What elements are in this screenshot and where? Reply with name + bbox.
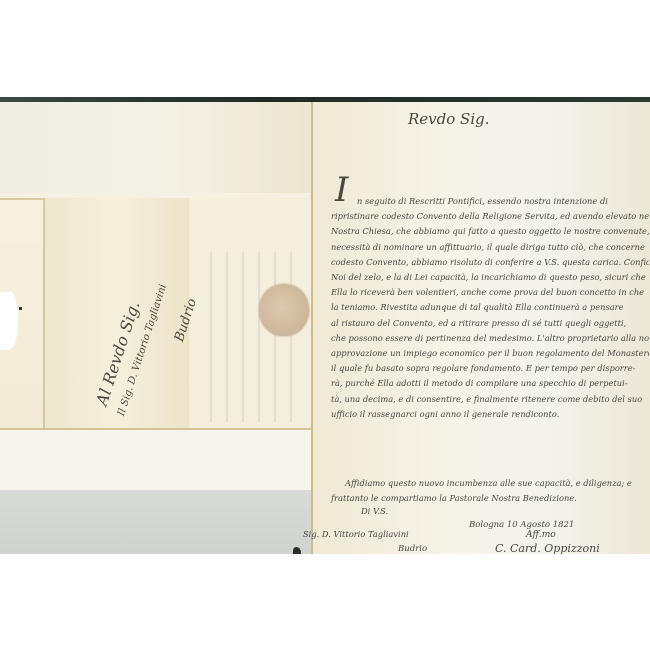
body-line: codesto Convento, abbiamo risoluto di co… — [331, 255, 649, 270]
show-through-text — [196, 252, 306, 422]
body-line: approvazione un impiego economico per il… — [331, 346, 649, 361]
abbreviation: Di V.S. — [361, 506, 388, 516]
closing-line: frattanto le compartiamo la Pastorale No… — [331, 491, 632, 506]
signature: C. Card. Oppizzoni — [495, 542, 600, 554]
wax-seal-icon — [259, 284, 309, 336]
body-line: il quale fu basato sopra regolare fondam… — [331, 361, 649, 376]
body-line: ripristinare codesto Convento della Reli… — [331, 209, 649, 224]
recipient-town: Budrio — [398, 544, 427, 554]
scan-shadow — [0, 490, 311, 554]
body-line: tà, una decima, e di consentire, e final… — [331, 392, 649, 407]
body-line: rà, purché Ella adotti il metodo di comp… — [331, 376, 649, 391]
address-panel — [43, 198, 191, 428]
letter-document: Al Revdo Sig. Il Sig. D. Vittorio Taglia… — [0, 97, 650, 554]
lower-flap — [0, 430, 311, 490]
place-date: Bologna 10 Agosto 1821 — [469, 520, 574, 530]
recipient-name: Sig. D. Vittorio Tagliavini — [303, 529, 409, 539]
body-line: Nostra Chiesa, che abbiamo qui fatto a q… — [331, 224, 649, 239]
body-line: Noi del zelo, e la di Lei capacità, la i… — [331, 270, 649, 285]
ink-stain — [293, 547, 301, 554]
letter-page: Revdo Sig. I n seguito di Rescritti Pont… — [313, 102, 650, 554]
upper-flap — [0, 102, 311, 193]
body-line: che possono essere di pertinenza del med… — [331, 331, 649, 346]
body-line: ufficio il rassegnarci ogni anno il gene… — [331, 407, 649, 422]
torn-edge — [0, 292, 18, 350]
compliment: Aff.mo — [526, 530, 556, 540]
closing: Affidiamo questo nuovo incumbenza alle s… — [331, 476, 632, 506]
salutation: Revdo Sig. — [408, 110, 490, 128]
body-line: la teniamo. Rivestita adunque di tal qua… — [331, 300, 649, 315]
body-line: Ella lo riceverà ben volentieri, anche c… — [331, 285, 649, 300]
letter-body: n seguito di Rescritti Pontifici, essend… — [331, 194, 649, 422]
body-line: necessità di nominare un affittuario, il… — [331, 240, 649, 255]
left-sheet-exterior: Al Revdo Sig. Il Sig. D. Vittorio Taglia… — [0, 102, 311, 554]
body-line: n seguito di Rescritti Pontifici, essend… — [331, 194, 649, 209]
body-line: al ristauro del Convento, ed a ritirare … — [331, 316, 649, 331]
closing-line: Affidiamo questo nuovo incumbenza alle s… — [331, 476, 632, 491]
ink-dot — [19, 307, 22, 310]
